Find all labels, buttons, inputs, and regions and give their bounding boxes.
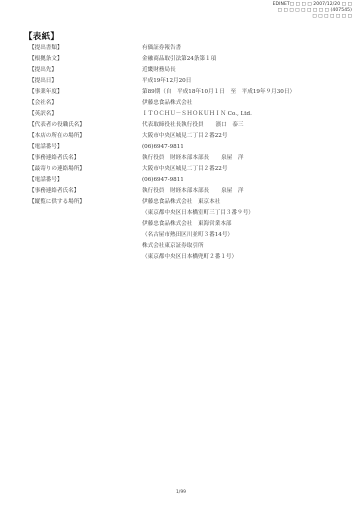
field-value: (06)6947-9811 <box>142 175 184 186</box>
field-value: ＩＴＯＣＨＵ－ＳＨＯＫＵＨＩＮ Co., Ltd. <box>142 109 252 120</box>
field-label: 【最寄りの連絡場所】 <box>29 164 85 175</box>
page-number: 1/99 <box>0 490 362 495</box>
contact-title: 執行役員 財経本部本部長 <box>142 155 209 161</box>
field-label: 【会社名】 <box>29 98 57 109</box>
field-value: 執行役員 財経本部本部長泉屋 洋 <box>142 153 244 164</box>
inspection-place-line: （東京都中央区日本橋兜町２番１号） <box>0 252 362 263</box>
field-document-type: 【提出書類】 有価証券報告書 <box>0 43 362 54</box>
field-value: 有価証券報告書 <box>142 43 181 54</box>
field-value: （名古屋市熱田区川並町３番14号） <box>142 230 233 241</box>
field-label: 【提出先】 <box>29 65 57 76</box>
field-value: 第89期（自 平成18年10月１日 至 平成19年９月30日） <box>142 87 295 98</box>
field-value: 近畿財務局長 <box>142 65 176 76</box>
representative-title: 代表取締役社長執行役員 <box>142 122 204 128</box>
cover-page-title: 【表紙】 <box>24 30 59 42</box>
field-label: 【縦覧に供する場所】 <box>29 197 85 208</box>
field-value: 平成19年12月20日 <box>142 76 191 87</box>
field-value: 金融商品取引法第24条第１項 <box>142 54 216 65</box>
field-contact-person: 【事務連絡者氏名】 執行役員 財経本部本部長泉屋 洋 <box>0 153 362 164</box>
field-label: 【提出日】 <box>29 76 57 87</box>
field-legal-basis: 【根拠条文】 金融商品取引法第24条第１項 <box>0 54 362 65</box>
field-value: (06)6947-9811 <box>142 142 184 153</box>
field-label: 【本店の所在の場所】 <box>29 131 85 142</box>
field-phone-number: 【電話番号】 (06)6947-9811 <box>0 142 362 153</box>
field-value: 大阪市中央区城見二丁目２番22号 <box>142 131 227 142</box>
inspection-place-line: 株式会社東京証券取引所 <box>0 241 362 252</box>
field-submitted-to: 【提出先】 近畿財務局長 <box>0 65 362 76</box>
field-value: 大阪市中央区城見二丁目２番22号 <box>142 164 227 175</box>
field-value: 代表取締役社長執行役員濱口 泰三 <box>142 120 244 131</box>
field-contact-person-2: 【事務連絡者氏名】 執行役員 財経本部本部長泉屋 洋 <box>0 186 362 197</box>
contact-title: 執行役員 財経本部本部長 <box>142 188 209 194</box>
field-value: 株式会社東京証券取引所 <box>142 241 204 252</box>
field-value: （東京都中央区日本橋室町三丁目３番９号） <box>142 208 254 219</box>
field-value: 執行役員 財経本部本部長泉屋 洋 <box>142 186 244 197</box>
field-label: 【電話番号】 <box>29 175 63 186</box>
inspection-place-line: （名古屋市熱田区川並町３番14号） <box>0 230 362 241</box>
field-value: 伊藤忠食品株式会社 東京本社 <box>142 197 220 208</box>
field-label: 【代表者の役職氏名】 <box>29 120 85 131</box>
field-label: 【根拠条文】 <box>29 54 63 65</box>
field-english-name: 【英訳名】 ＩＴＯＣＨＵ－ＳＨＯＫＵＨＩＮ Co., Ltd. <box>0 109 362 120</box>
field-value: 伊藤忠食品株式会社 <box>142 98 192 109</box>
field-label: 【事務連絡者氏名】 <box>29 186 79 197</box>
contact-name: 泉屋 洋 <box>221 188 243 194</box>
field-fiscal-year: 【事業年度】 第89期（自 平成18年10月１日 至 平成19年９月30日） <box>0 87 362 98</box>
document-header-meta: EDINET□ □ □ □ 2007/12/20 □ □ □ □ □ □ □ □… <box>273 2 352 21</box>
field-value: 伊藤忠食品株式会社 東海営業本部 <box>142 219 232 230</box>
field-label: 【提出書類】 <box>29 43 63 54</box>
field-representative: 【代表者の役職氏名】 代表取締役社長執行役員濱口 泰三 <box>0 120 362 131</box>
contact-name: 泉屋 洋 <box>221 155 243 161</box>
field-head-office-address: 【本店の所在の場所】 大阪市中央区城見二丁目２番22号 <box>0 131 362 142</box>
field-label: 【事務連絡者氏名】 <box>29 153 79 164</box>
inspection-place-line: （東京都中央区日本橋室町三丁目３番９号） <box>0 208 362 219</box>
representative-name: 濱口 泰三 <box>216 122 244 128</box>
field-company-name: 【会社名】 伊藤忠食品株式会社 <box>0 98 362 109</box>
cover-page-fields: 【提出書類】 有価証券報告書 【根拠条文】 金融商品取引法第24条第１項 【提出… <box>0 43 362 263</box>
field-public-inspection-places: 【縦覧に供する場所】 伊藤忠食品株式会社 東京本社 <box>0 197 362 208</box>
field-label: 【電話番号】 <box>29 142 63 153</box>
header-company-line: □ □ □ □ □ □ □ <box>273 14 352 20</box>
field-label: 【事業年度】 <box>29 87 63 98</box>
field-label: 【英訳名】 <box>29 109 57 120</box>
field-value: （東京都中央区日本橋兜町２番１号） <box>142 252 237 263</box>
field-phone-number-2: 【電話番号】 (06)6947-9811 <box>0 175 362 186</box>
field-nearest-contact-place: 【最寄りの連絡場所】 大阪市中央区城見二丁目２番22号 <box>0 164 362 175</box>
field-submission-date: 【提出日】 平成19年12月20日 <box>0 76 362 87</box>
inspection-place-line: 伊藤忠食品株式会社 東海営業本部 <box>0 219 362 230</box>
